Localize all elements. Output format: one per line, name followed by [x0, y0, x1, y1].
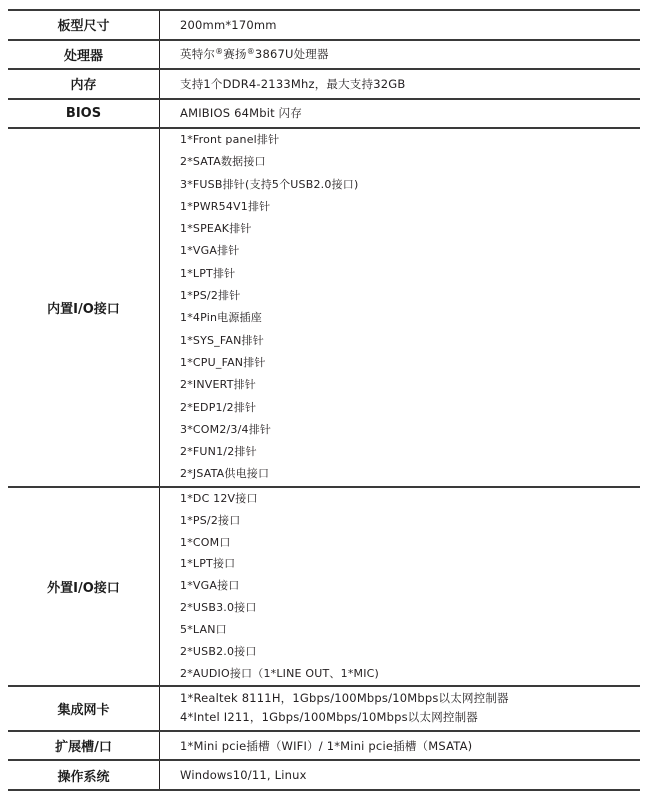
processor-brand: 英特尔 [180, 47, 215, 61]
list-item: 1*DC 12V接口 [180, 488, 640, 510]
list-item: 2*JSATA供电接口 [180, 463, 640, 485]
row-expansion: 扩展槽/口 1*Mini pcie插槽（WIFI）/ 1*Mini pcie插槽… [8, 731, 640, 761]
list-item: 2*EDP1/2排针 [180, 397, 640, 419]
value-expansion: 1*Mini pcie插槽（WIFI）/ 1*Mini pcie插槽（MSATA… [160, 731, 641, 761]
list-item: 2*AUDIO接口（1*LINE OUT、1*MIC) [180, 663, 640, 685]
row-processor: 处理器 英特尔®赛扬®3867U处理器 [8, 40, 640, 70]
list-item: 2*USB3.0接口 [180, 597, 640, 619]
value-processor: 英特尔®赛扬®3867U处理器 [160, 40, 641, 70]
label-internal-io: 内置I/O接口 [8, 128, 160, 487]
spec-table: 板型尺寸 200mm*170mm 处理器 英特尔®赛扬®3867U处理器 内存 … [8, 9, 640, 791]
processor-series: 赛扬 [223, 47, 246, 61]
list-item: 4*Intel I211，1Gbps/100Mbps/10Mbps以太网控制器 [180, 708, 640, 727]
list-item: 1*PS/2排针 [180, 285, 640, 307]
list-item: 2*SATA数据接口 [180, 151, 640, 173]
list-item: 1*Realtek 8111H，1Gbps/100Mbps/10Mbps以太网控… [180, 689, 640, 708]
value-external-io: 1*DC 12V接口 1*PS/2接口 1*COM口 1*LPT接口 1*VGA… [160, 487, 641, 686]
label-board-size: 板型尺寸 [8, 10, 160, 40]
row-external-io: 外置I/O接口 1*DC 12V接口 1*PS/2接口 1*COM口 1*LPT… [8, 487, 640, 686]
value-os: Windows10/11, Linux [160, 760, 641, 790]
row-internal-io: 内置I/O接口 1*Front panel排针 2*SATA数据接口 3*FUS… [8, 128, 640, 487]
label-os: 操作系统 [8, 760, 160, 790]
label-external-io: 外置I/O接口 [8, 487, 160, 686]
label-bios: BIOS [8, 99, 160, 129]
list-item: 1*PWR54V1排针 [180, 196, 640, 218]
list-item: 1*Front panel排针 [180, 129, 640, 151]
list-item: 1*VGA排针 [180, 240, 640, 262]
row-nic: 集成网卡 1*Realtek 8111H，1Gbps/100Mbps/10Mbp… [8, 686, 640, 731]
list-item: 1*SYS_FAN排针 [180, 330, 640, 352]
list-item: 3*FUSB排针(支持5个USB2.0接口) [180, 174, 640, 196]
value-memory: 支持1个DDR4-2133Mhz，最大支持32GB [160, 69, 641, 99]
label-processor: 处理器 [8, 40, 160, 70]
row-board-size: 板型尺寸 200mm*170mm [8, 10, 640, 40]
value-internal-io: 1*Front panel排针 2*SATA数据接口 3*FUSB排针(支持5个… [160, 128, 641, 487]
list-item: 2*INVERT排针 [180, 374, 640, 396]
processor-model: 3867U处理器 [255, 47, 329, 61]
row-bios: BIOS AMIBIOS 64Mbit 闪存 [8, 99, 640, 129]
label-nic: 集成网卡 [8, 686, 160, 731]
list-item: 1*COM口 [180, 532, 640, 554]
label-expansion: 扩展槽/口 [8, 731, 160, 761]
list-item: 5*LAN口 [180, 619, 640, 641]
list-item: 1*VGA接口 [180, 575, 640, 597]
list-item: 3*COM2/3/4排针 [180, 419, 640, 441]
list-item: 1*LPT接口 [180, 553, 640, 575]
value-nic: 1*Realtek 8111H，1Gbps/100Mbps/10Mbps以太网控… [160, 686, 641, 731]
row-memory: 内存 支持1个DDR4-2133Mhz，最大支持32GB [8, 69, 640, 99]
list-item: 1*CPU_FAN排针 [180, 352, 640, 374]
value-bios: AMIBIOS 64Mbit 闪存 [160, 99, 641, 129]
list-item: 2*USB2.0接口 [180, 641, 640, 663]
list-item: 1*4Pin电源插座 [180, 307, 640, 329]
list-item: 1*SPEAK排针 [180, 218, 640, 240]
list-item: 2*FUN1/2排针 [180, 441, 640, 463]
row-os: 操作系统 Windows10/11, Linux [8, 760, 640, 790]
registered-mark-icon: ® [247, 47, 255, 56]
list-item: 1*PS/2接口 [180, 510, 640, 532]
list-item: 1*LPT排针 [180, 263, 640, 285]
value-board-size: 200mm*170mm [160, 10, 641, 40]
label-memory: 内存 [8, 69, 160, 99]
